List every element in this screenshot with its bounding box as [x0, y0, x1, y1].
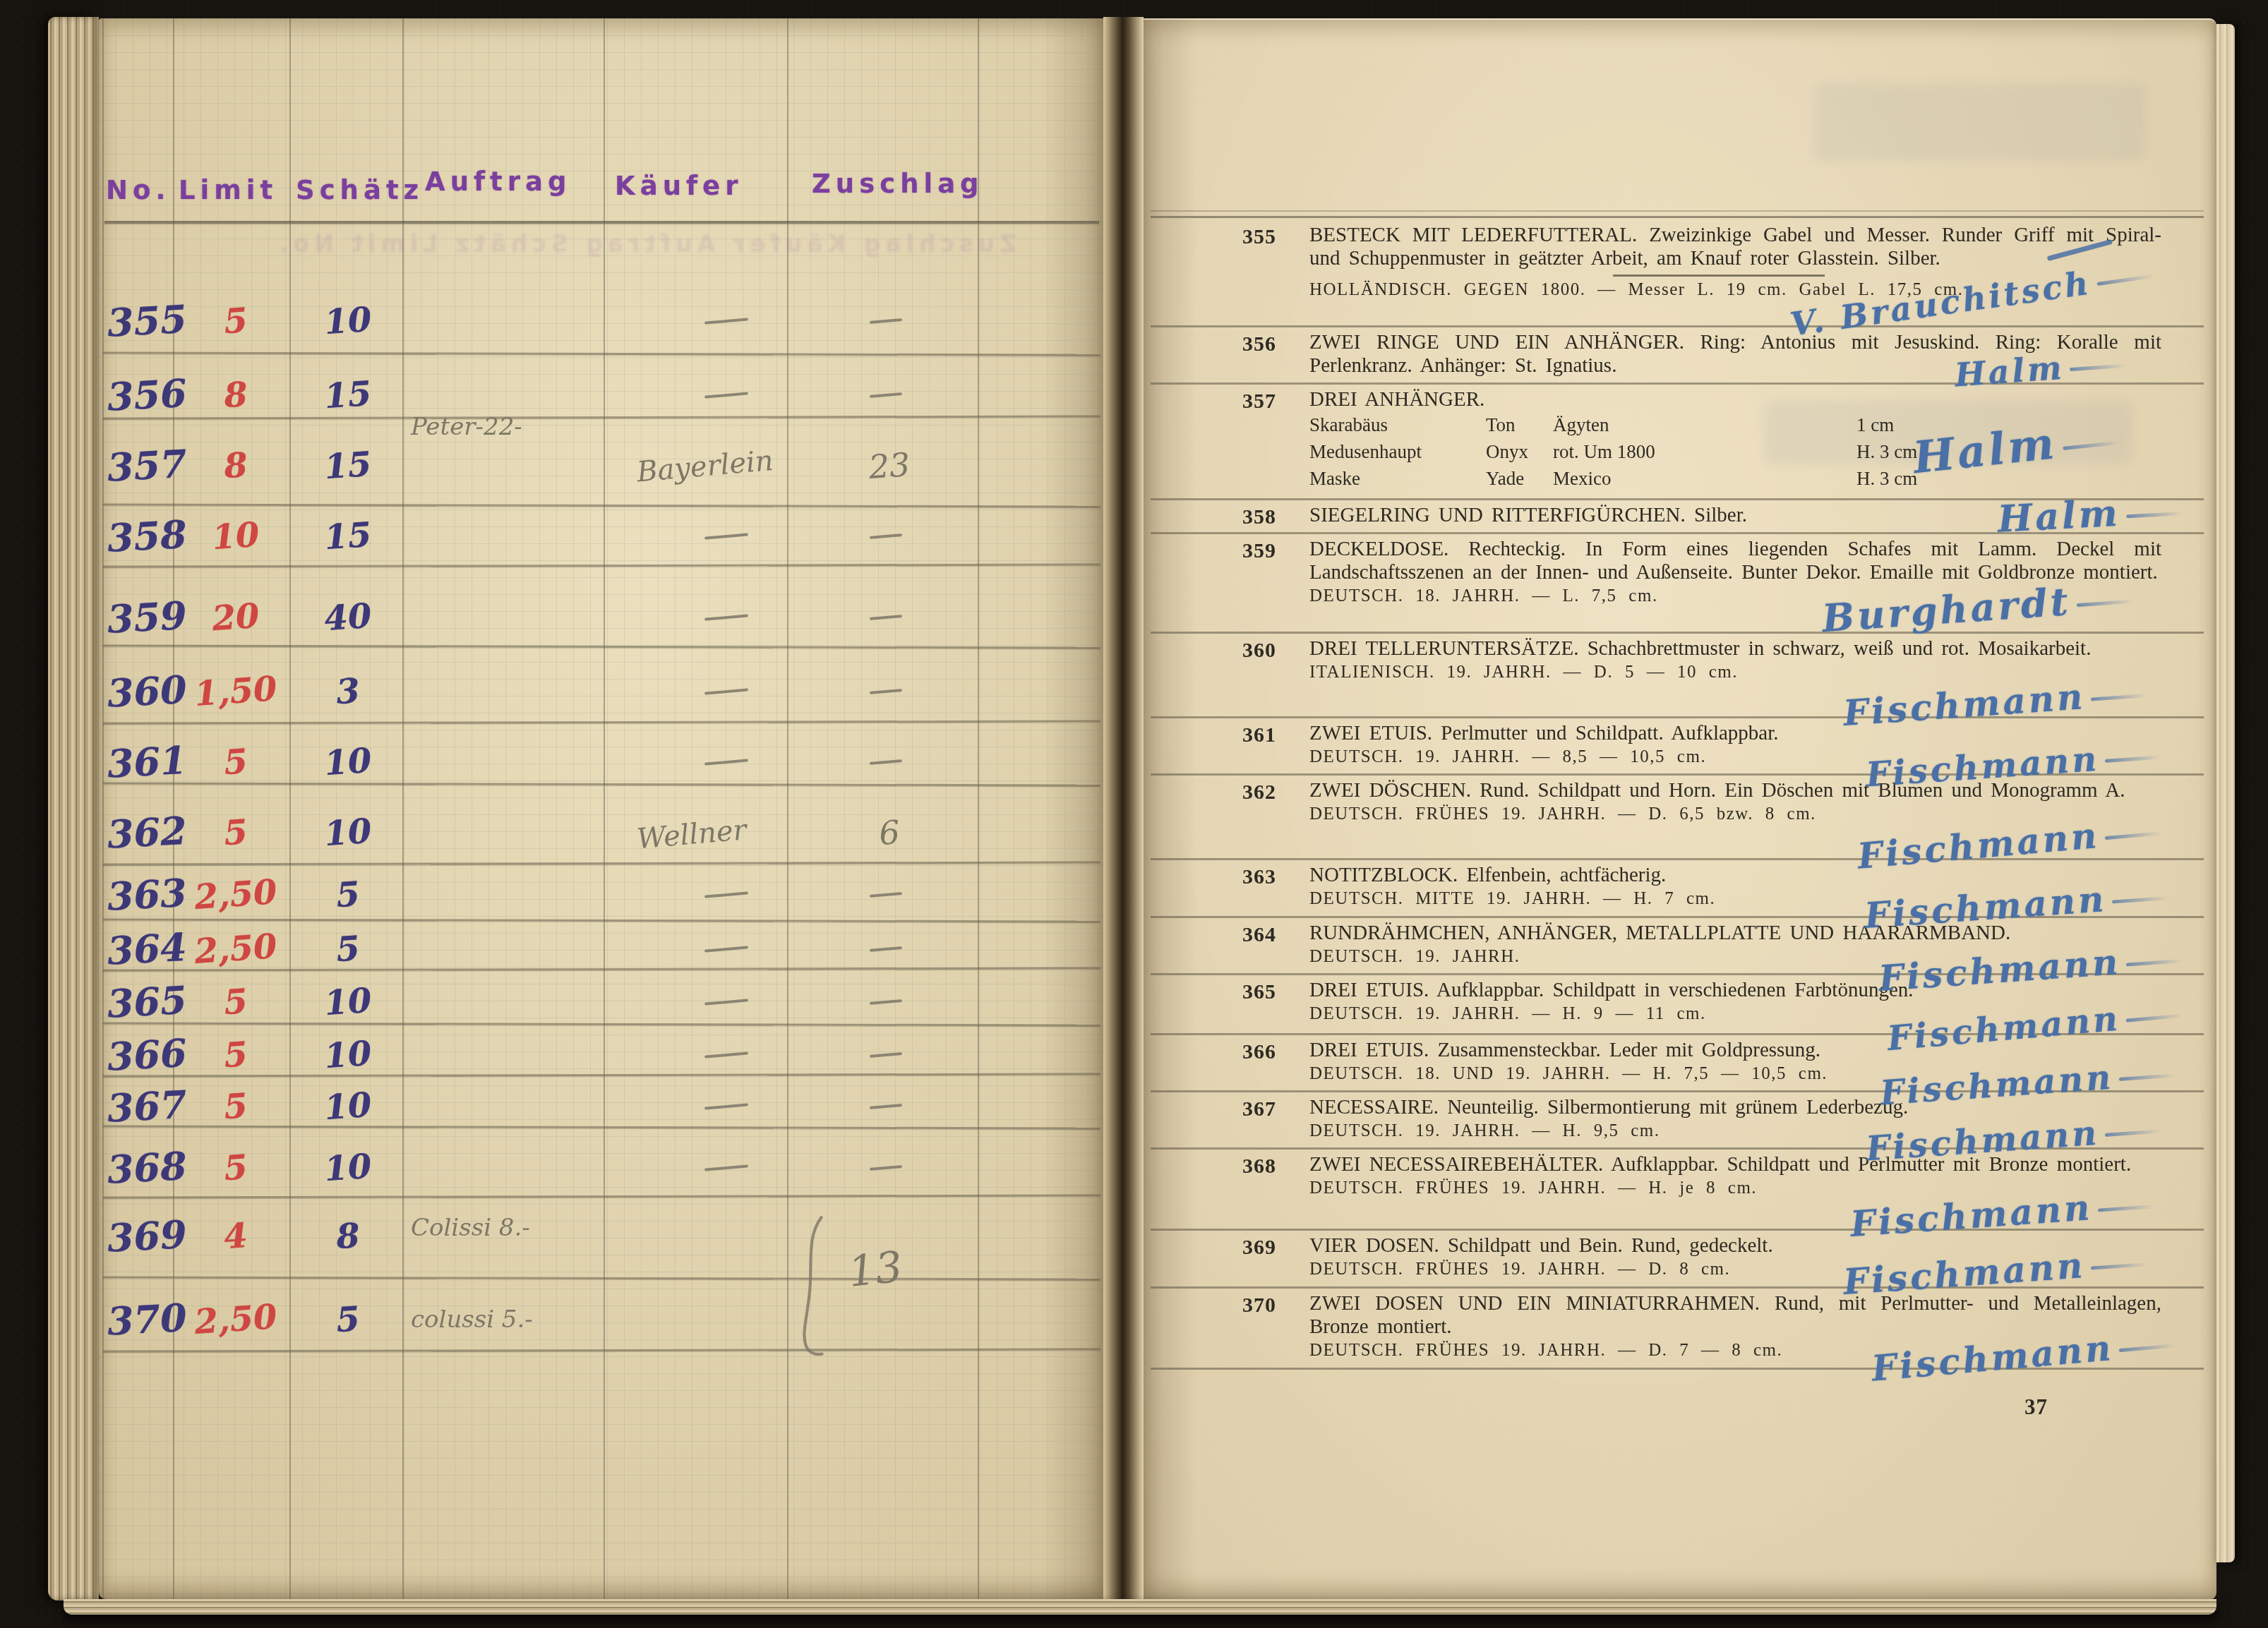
header-underline [104, 221, 1099, 224]
ledger-row-separator [103, 720, 1100, 725]
ledger-column-line [102, 18, 104, 1599]
limit-value: 5 [188, 1083, 284, 1129]
zuschlag-dash [870, 533, 902, 539]
lot-number: 357 [106, 441, 181, 490]
zuschlag-value: 23 [832, 442, 947, 488]
buyer-handwriting: Halm [1997, 488, 2183, 541]
schaetz-value: 15 [301, 514, 395, 560]
catalog-lot-number: 359 [1242, 539, 1303, 563]
subtable-name: Maske [1309, 465, 1486, 492]
schaetz-value: 10 [301, 299, 395, 344]
catalog-lot-number: 356 [1242, 332, 1303, 356]
lot-number: 355 [106, 296, 181, 345]
scanned-auction-book-photo: No.LimitSchätzAuftragKäuferZuschlag Zusc… [0, 0, 2268, 1628]
catalog-lot-number: 355 [1242, 225, 1303, 249]
limit-value: 5 [188, 298, 284, 344]
catalog-lot-number: 364 [1242, 923, 1303, 947]
lot-number: 367 [106, 1082, 181, 1130]
schaetz-value: 10 [301, 740, 395, 785]
lot-number: 370 [106, 1295, 181, 1344]
kaeufer-dash [704, 318, 748, 324]
limit-value: 2,50 [188, 1296, 284, 1342]
schaetz-value: 10 [301, 979, 395, 1025]
bleedthrough-stamp: Zuschlag Käufer Auftrag Schätz Limit No. [480, 230, 1016, 258]
kaeufer-dash [704, 392, 748, 398]
catalog-lot-number: 366 [1242, 1040, 1303, 1064]
limit-value: 5 [188, 979, 284, 1025]
ledger-header-limit: Limit [179, 175, 277, 205]
ledger-row-separator [103, 564, 1100, 568]
ledger-row-separator [103, 1126, 1100, 1130]
ledger-row-separator [103, 967, 1100, 972]
zuschlag-dash [870, 689, 902, 694]
catalog-lot-number: 367 [1242, 1097, 1303, 1121]
catalog-entry: 363 NOTITZBLOCK. Elfenbein, achtfächerig… [1151, 860, 2204, 918]
kaeufer-dash [704, 1103, 748, 1109]
zuschlag-dash [870, 615, 902, 620]
zuschlag-dash [870, 946, 902, 952]
limit-value: 5 [188, 739, 284, 785]
catalog-entry: 359 DECKELDOSE. Rechteckig. In Form eine… [1151, 534, 2204, 634]
catalog-lot-number: 363 [1242, 865, 1303, 889]
auftrag-note: Peter-22- [411, 413, 644, 441]
catalog-lot-number: 361 [1242, 723, 1303, 747]
schaetz-value: 15 [301, 373, 395, 418]
ledger-page: No.LimitSchätzAuftragKäuferZuschlag Zusc… [99, 18, 1103, 1599]
book-gutter [1103, 17, 1144, 1600]
ledger-header-schtz: Schätz [296, 175, 424, 205]
catalog-entry: 358 SIEGELRING UND RITTERFIGÜRCHEN. Silb… [1151, 500, 2204, 534]
catalog-lot-number: 360 [1242, 639, 1303, 663]
catalog-entry: 357 DREI ANHÄNGER. SkarabäusTonÄgyten1 c… [1151, 385, 2204, 500]
catalog-entries: 355 BESTECK MIT LEDERFUTTERAL. Zweizinki… [1151, 220, 2204, 1370]
kaeufer-dash [704, 1051, 748, 1058]
lot-number: 363 [106, 870, 181, 919]
ledger-row-separator [103, 504, 1100, 508]
catalog-entry: 361 ZWEI ETUIS. Perlmutter und Schildpat… [1151, 718, 2204, 776]
page-stack-edge-left [48, 17, 99, 1600]
ledger-row-separator [103, 1023, 1100, 1027]
lot-number: 360 [106, 667, 181, 716]
limit-value: 10 [188, 513, 284, 559]
page-stack-edge-right [2216, 24, 2235, 1562]
schaetz-value: 8 [301, 1214, 395, 1260]
auftrag-note: colussi 5.- [411, 1306, 644, 1334]
ledger-row-separator [103, 919, 1100, 923]
ledger-row-separator [103, 862, 1100, 866]
ledger-header-no: No. [106, 175, 170, 205]
kaeufer-dash [704, 688, 748, 694]
subtable-origin: rot. Um 1800 [1553, 438, 1856, 465]
lot-number: 366 [106, 1030, 181, 1079]
subtable-material: Onyx [1486, 438, 1553, 465]
catalog-description: ZWEI ETUIS. Perlmutter und Schildpatt. A… [1309, 722, 2161, 745]
schaetz-value: 10 [301, 1145, 395, 1191]
schaetz-value: 10 [301, 1032, 395, 1078]
ledger-row-separator [103, 1195, 1100, 1199]
zuschlag-dash [870, 1104, 902, 1109]
catalog-entry: 356 ZWEI RINGE UND EIN ANHÄNGER. Ring: A… [1151, 327, 2204, 385]
zuschlag-dash [870, 1052, 902, 1058]
catalog-lot-number: 370 [1242, 1294, 1303, 1318]
ledger-header-zuschlag: Zuschlag [812, 169, 984, 199]
ledger-row-separator [103, 645, 1100, 649]
kaeufer-dash [704, 759, 748, 765]
subtable-origin: Mexico [1553, 465, 1856, 492]
catalog-description: BESTECK MIT LEDERFUTTERAL. Zweizinkige G… [1309, 224, 2161, 270]
zuschlag-dash [870, 1165, 902, 1171]
catalog-entry: 368 ZWEI NECESSAIREBEHÄLTER. Aufklappbar… [1151, 1150, 2204, 1231]
kaeufer-dash [704, 999, 748, 1005]
catalog-entry: 360 DREI TELLERUNTERSÄTZE. Schachbrettmu… [1151, 634, 2204, 718]
page-number: 37 [2024, 1394, 2048, 1420]
catalog-entry: 355 BESTECK MIT LEDERFUTTERAL. Zweizinki… [1151, 220, 2204, 327]
schaetz-value: 40 [301, 595, 395, 641]
lot-number: 369 [106, 1212, 181, 1260]
ledger-row-separator [103, 1277, 1100, 1281]
lot-number: 359 [106, 593, 181, 641]
subtable-origin: Ägyten [1553, 411, 1856, 438]
lot-number: 356 [106, 370, 181, 419]
catalog-description: RUNDRÄHMCHEN, ANHÄNGER, METALLPLATTE UND… [1309, 922, 2161, 945]
zuschlag-bracket [798, 1214, 830, 1359]
zuschlag-bracket-value: 13 [846, 1242, 905, 1297]
ledger-row-separator [103, 783, 1100, 787]
ledger-header-kufer: Käufer [615, 171, 743, 201]
schaetz-value: 5 [301, 1297, 395, 1343]
catalog-top-rule [1151, 209, 2204, 220]
lot-number: 358 [106, 512, 181, 560]
limit-value: 5 [188, 809, 284, 855]
subtable-name: Medusenhaupt [1309, 438, 1486, 465]
lot-number: 368 [106, 1143, 181, 1192]
limit-value: 5 [188, 1032, 284, 1078]
ledger-header-auftrag: Auftrag [425, 167, 571, 197]
lot-number: 361 [106, 737, 181, 786]
schaetz-value: 5 [301, 872, 395, 918]
catalog-description: ZWEI DOSEN UND EIN MINIATURRAHMEN. Rund,… [1309, 1292, 2161, 1339]
kaeufer-dash [704, 533, 748, 539]
catalog-lot-number: 357 [1242, 390, 1303, 414]
catalog-entry: 370 ZWEI DOSEN UND EIN MINIATURRAHMEN. R… [1151, 1289, 2204, 1370]
schaetz-value: 15 [301, 443, 395, 489]
limit-value: 8 [188, 442, 284, 488]
zuschlag-dash [870, 759, 902, 765]
catalog-lot-number: 368 [1242, 1154, 1303, 1178]
catalog-entry: 364 RUNDRÄHMCHEN, ANHÄNGER, METALLPLATTE… [1151, 918, 2204, 975]
schaetz-value: 10 [301, 1084, 395, 1130]
catalog-description: DREI TELLERUNTERSÄTZE. Schachbrettmuster… [1309, 637, 2161, 661]
schaetz-value: 5 [301, 927, 395, 972]
catalog-lot-number: 365 [1242, 980, 1303, 1004]
limit-value: 20 [188, 594, 284, 640]
catalog-description: DREI ANHÄNGER. [1309, 388, 2161, 411]
catalog-page: 355 BESTECK MIT LEDERFUTTERAL. Zweizinki… [1144, 18, 2216, 1600]
limit-value: 5 [188, 1145, 284, 1190]
catalog-lot-number: 362 [1242, 780, 1303, 804]
limit-value: 8 [188, 372, 284, 418]
catalog-entry-body: DREI TELLERUNTERSÄTZE. Schachbrettmuster… [1309, 637, 2161, 684]
page-stack-edge-bottom [64, 1599, 2216, 1615]
entry-divider-rule [1613, 275, 1825, 277]
limit-value: 2,50 [188, 926, 284, 972]
catalog-description: DECKELDOSE. Rechteckig. In Form eines li… [1309, 538, 2161, 584]
lot-number: 364 [106, 924, 181, 973]
limit-value: 4 [188, 1213, 284, 1259]
zuschlag-dash [870, 318, 902, 324]
zuschlag-dash [870, 892, 902, 898]
bleedthrough-streak [1814, 83, 2146, 161]
catalog-lot-number: 358 [1242, 505, 1303, 529]
kaeufer-dash [704, 891, 748, 898]
zuschlag-value: 6 [832, 809, 947, 855]
limit-value: 2,50 [188, 872, 284, 917]
zuschlag-dash [870, 392, 902, 398]
subtable-material: Ton [1486, 411, 1553, 438]
ledger-row-separator [103, 1073, 1100, 1078]
kaeufer-dash [704, 946, 748, 952]
zuschlag-dash [870, 999, 902, 1005]
catalog-entry: 369 VIER DOSEN. Schildpatt und Bein. Run… [1151, 1231, 2204, 1289]
auftrag-note: Colissi 8.- [411, 1214, 644, 1242]
kaeufer-name: Bayerlein [635, 443, 793, 489]
lot-number: 365 [106, 977, 181, 1026]
kaeufer-name: Wellner [635, 810, 793, 856]
catalog-lot-number: 369 [1242, 1236, 1303, 1260]
schaetz-value: 10 [301, 810, 395, 856]
catalog-entry-body: ZWEI DÖSCHEN. Rund. Schildpatt und Horn.… [1309, 779, 2161, 826]
catalog-entry: 362 ZWEI DÖSCHEN. Rund. Schildpatt und H… [1151, 776, 2204, 860]
subtable-name: Skarabäus [1309, 411, 1486, 438]
kaeufer-dash [704, 614, 748, 620]
subtable-material: Yade [1486, 465, 1553, 492]
ledger-row-separator [103, 1349, 1100, 1353]
lot-number: 362 [106, 808, 181, 857]
limit-value: 1,50 [188, 668, 284, 714]
schaetz-value: 3 [301, 669, 395, 715]
ledger-row-separator [103, 352, 1100, 356]
kaeufer-dash [704, 1164, 748, 1171]
